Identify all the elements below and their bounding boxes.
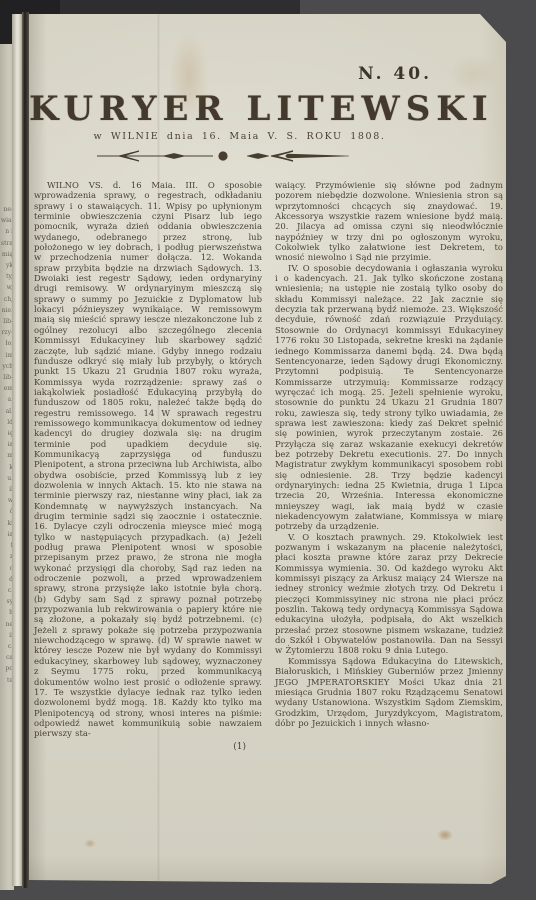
page-edge-shadow <box>22 12 29 888</box>
paper-stain <box>437 829 453 841</box>
body-paragraph: V. O kosztach prawnych. 29. Ktokolwiek i… <box>275 532 503 656</box>
article-columns: WILNO VS. d. 16 Maia. III. O sposobie wp… <box>29 180 506 820</box>
body-paragraph: waiący. Przymówienie się słówne pod żadn… <box>275 180 503 263</box>
body-paragraph: IV. O sposobie decydowania i ogłaszania … <box>275 263 503 532</box>
issue-number: N. 40. <box>358 64 432 84</box>
paper-stain <box>449 54 499 94</box>
signature-mark: (1) <box>34 742 262 752</box>
body-paragraph: WILNO VS. d. 16 Maia. III. O sposobie wp… <box>34 180 262 739</box>
paper-stain <box>84 839 96 848</box>
ornament-divider-icon <box>95 147 351 165</box>
newspaper-page: N. 40. KURYER LITEWSKI w WILNIE dnia 16.… <box>29 14 506 884</box>
dateline: w WILNIE dnia 16. Maia V. S. ROKU 1808. <box>29 131 450 142</box>
column-right: waiący. Przymówienie się słówne pod żadn… <box>275 180 503 820</box>
column-left: WILNO VS. d. 16 Maia. III. O sposobie wp… <box>34 180 262 820</box>
scanner-bed-shadow <box>60 0 300 16</box>
newspaper-title: KURYER LITEWSKI <box>29 90 442 128</box>
body-paragraph: Kommissya Sądowa Edukacyina do Litewskic… <box>275 656 503 728</box>
